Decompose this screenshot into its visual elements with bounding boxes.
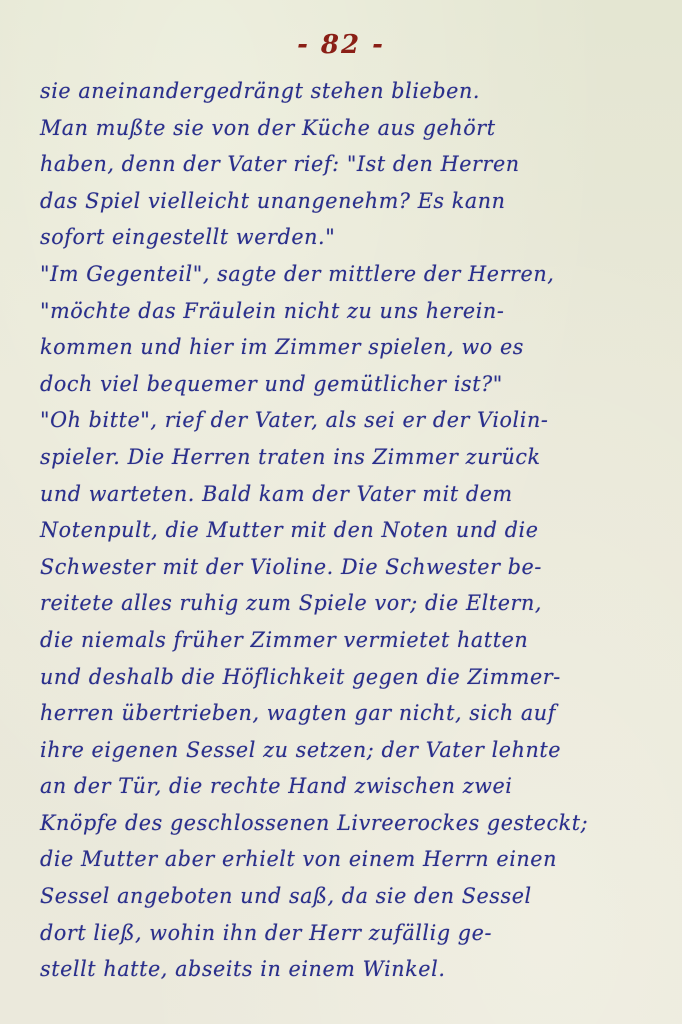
manuscript-line: haben, denn der Vater rief: "Ist den Her…	[40, 146, 660, 183]
manuscript-line: herren übertrieben, wagten gar nicht, si…	[40, 695, 660, 732]
manuscript-line: Knöpfe des geschlossenen Livreerockes ge…	[40, 805, 660, 842]
manuscript-line: Man mußte sie von der Küche aus gehört	[40, 110, 660, 147]
manuscript-line: doch viel bequemer und gemütlicher ist?"	[40, 366, 660, 403]
manuscript-line: die niemals früher Zimmer vermietet hatt…	[40, 622, 660, 659]
manuscript-line: "Oh bitte", rief der Vater, als sei er d…	[40, 402, 660, 439]
manuscript-page: - 82 - sie aneinandergedrängt stehen bli…	[0, 0, 682, 1024]
manuscript-line: sofort eingestellt werden."	[40, 219, 660, 256]
manuscript-line: Schwester mit der Violine. Die Schwester…	[40, 549, 660, 586]
manuscript-line: und warteten. Bald kam der Vater mit dem	[40, 476, 660, 513]
manuscript-line: Sessel angeboten und saß, da sie den Ses…	[40, 878, 660, 915]
manuscript-line: ihre eigenen Sessel zu setzen; der Vater…	[40, 732, 660, 769]
manuscript-line: sie aneinandergedrängt stehen blieben.	[40, 73, 660, 110]
manuscript-line: "möchte das Fräulein nicht zu uns herein…	[40, 293, 660, 330]
manuscript-line: "Im Gegenteil", sagte der mittlere der H…	[40, 256, 660, 293]
page-number: - 82 -	[0, 30, 682, 60]
manuscript-line: dort ließ, wohin ihn der Herr zufällig g…	[40, 915, 660, 952]
manuscript-line: Notenpult, die Mutter mit den Noten und …	[40, 512, 660, 549]
manuscript-line: kommen und hier im Zimmer spielen, wo es	[40, 329, 660, 366]
manuscript-line: reitete alles ruhig zum Spiele vor; die …	[40, 585, 660, 622]
manuscript-line: spieler. Die Herren traten ins Zimmer zu…	[40, 439, 660, 476]
manuscript-line: das Spiel vielleicht unangenehm? Es kann	[40, 183, 660, 220]
manuscript-line: und deshalb die Höflichkeit gegen die Zi…	[40, 659, 660, 696]
manuscript-line: die Mutter aber erhielt von einem Herrn …	[40, 841, 660, 878]
manuscript-line: an der Tür, die rechte Hand zwischen zwe…	[40, 768, 660, 805]
manuscript-line: stellt hatte, abseits in einem Winkel.	[40, 951, 660, 988]
manuscript-text: sie aneinandergedrängt stehen blieben. M…	[40, 73, 670, 988]
